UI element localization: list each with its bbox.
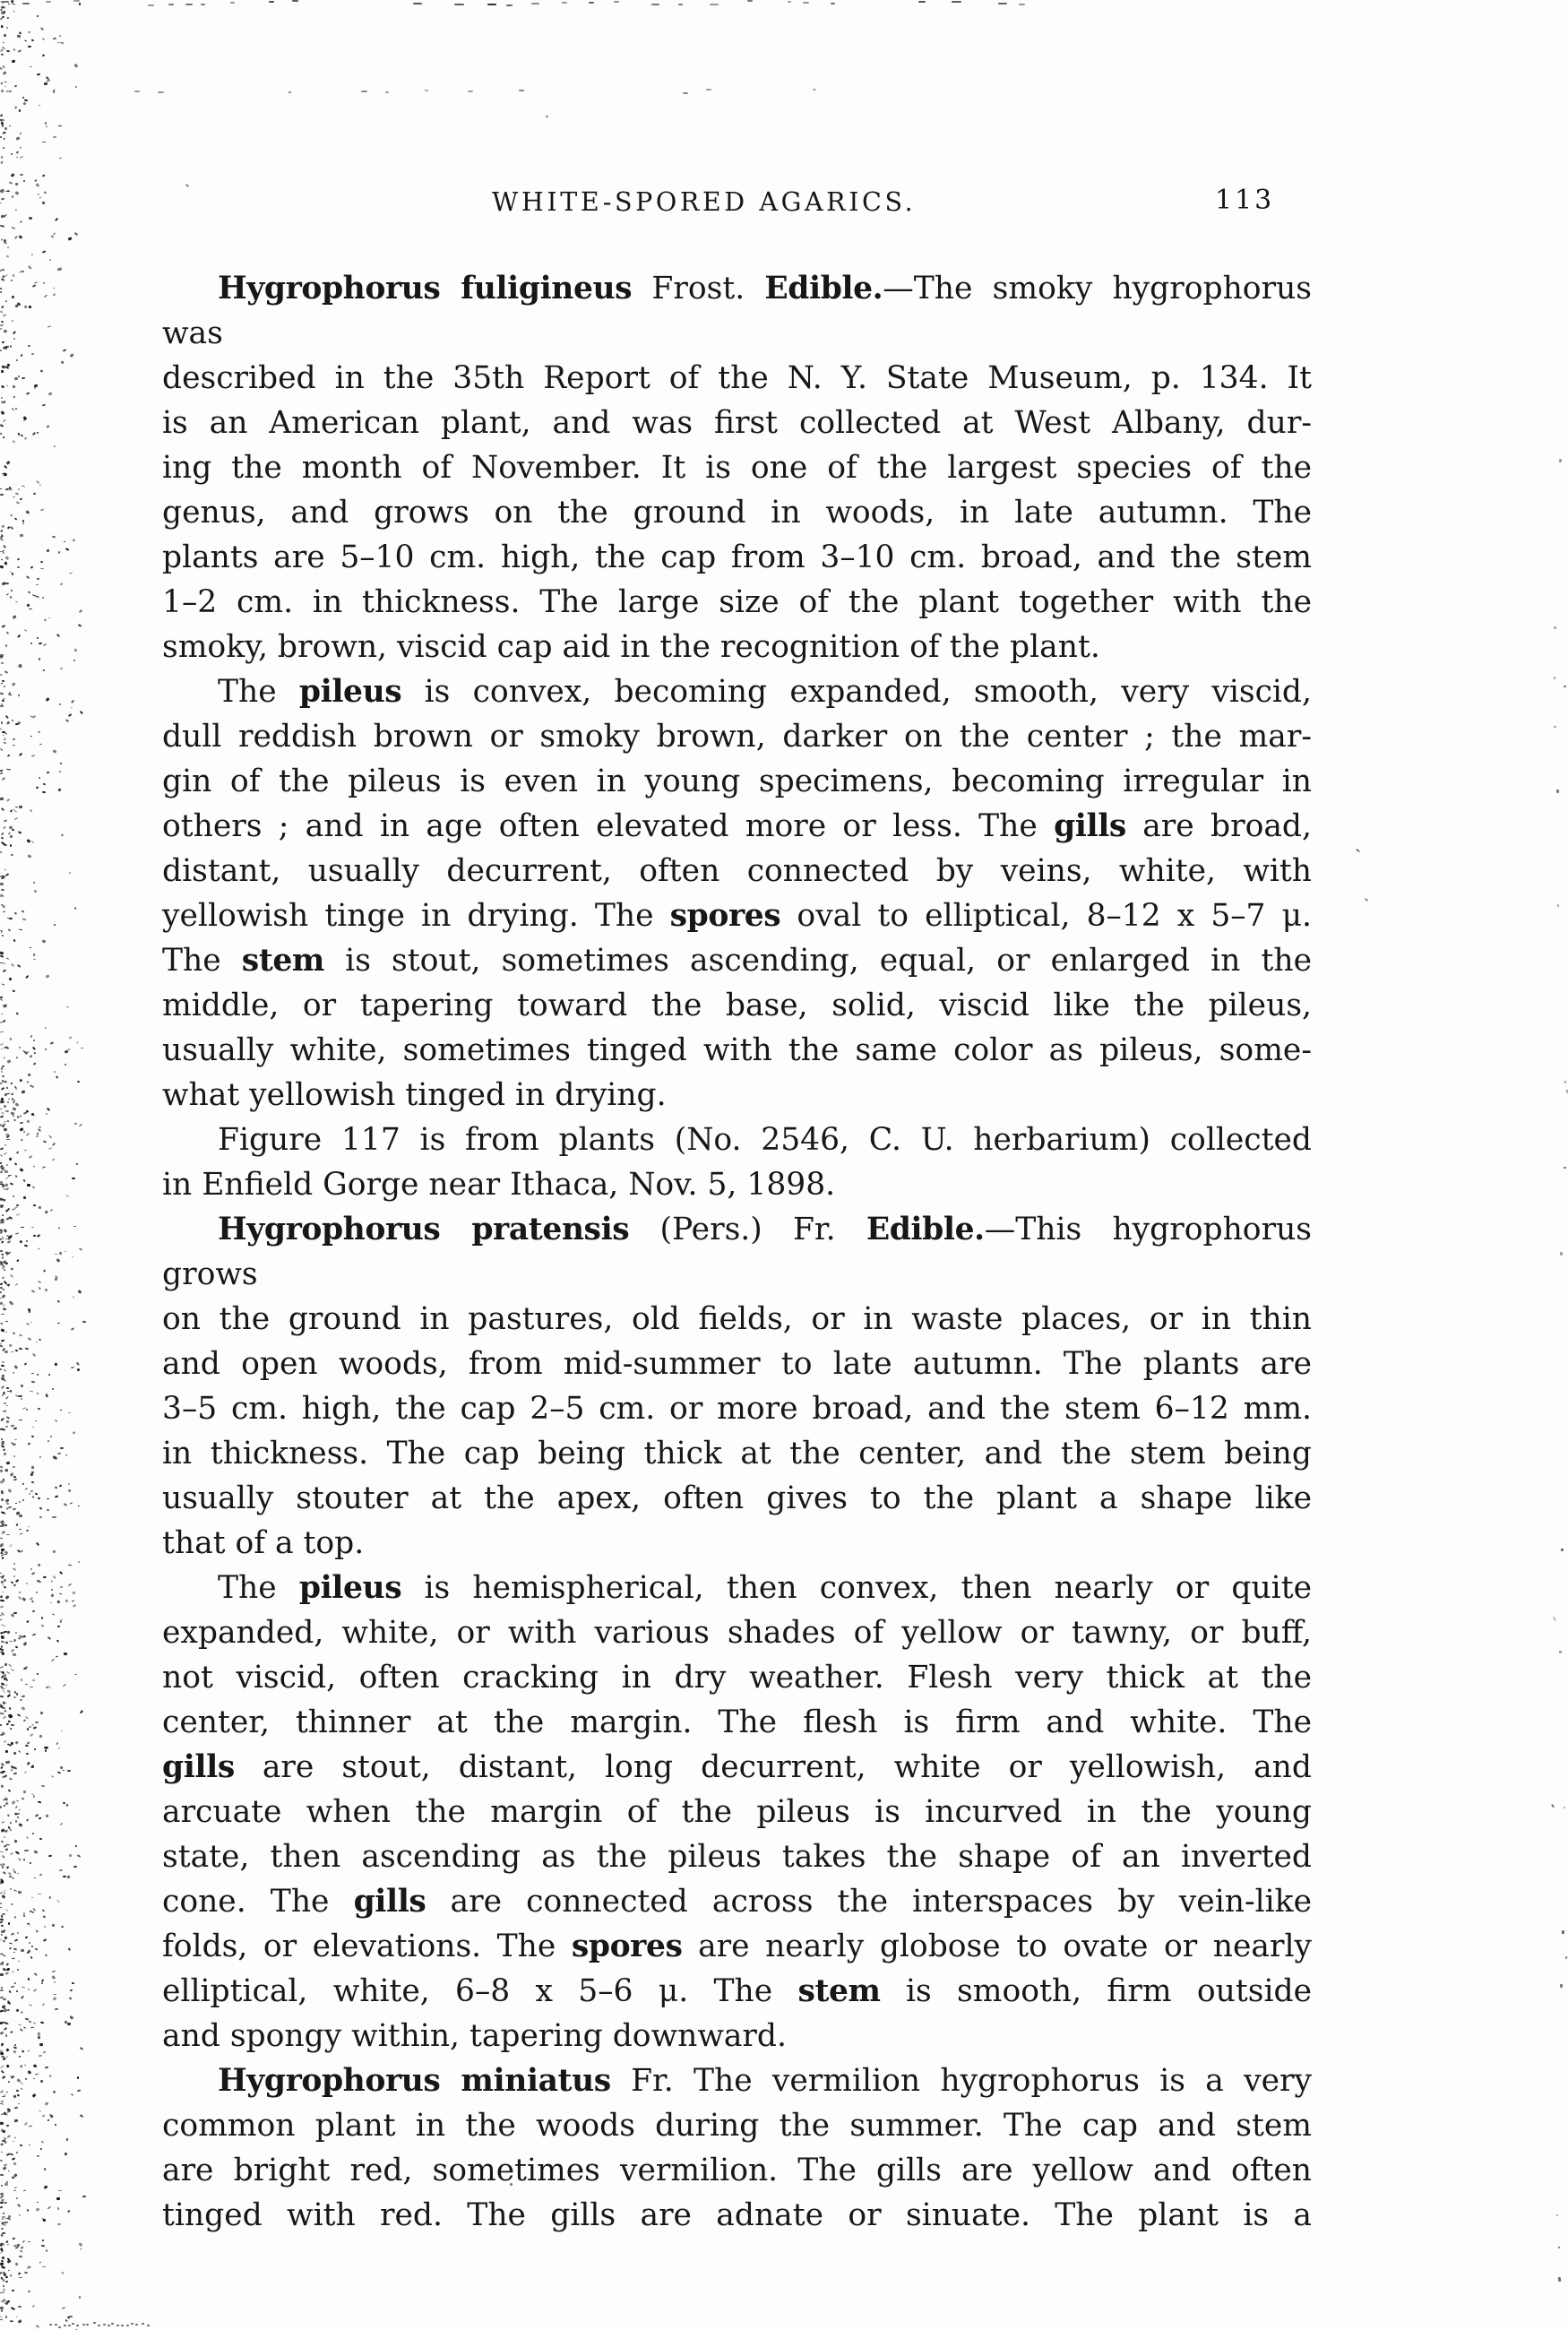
bold-term: stem [242, 943, 324, 979]
text-run: what yellowish tinged in drying. [162, 1077, 667, 1113]
text-run: distant, usually decurrent, often connec… [162, 853, 1312, 889]
text-run: (Pers.) Fr. [629, 1212, 866, 1247]
text-line: what yellowish tinged in drying. [162, 1073, 1312, 1118]
text-run: smoky, brown, viscid cap aid in the reco… [162, 629, 1100, 665]
text-run: is an American plant, and was first coll… [162, 405, 1312, 441]
text-run: The [218, 1570, 299, 1606]
paragraph: Hygrophorus pratensis (Pers.) Fr. Edible… [162, 1207, 1312, 1566]
text-run: is hemispherical, then convex, then near… [401, 1570, 1312, 1606]
text-run: The [162, 943, 242, 979]
text-run: is smooth, firm outside [881, 1973, 1312, 2009]
text-line: center, thinner at the margin. The flesh… [162, 1700, 1312, 1745]
text-run: is convex, becoming expanded, smooth, ve… [401, 674, 1312, 710]
text-run: Figure 117 is from plants (No. 2546, C. … [218, 1122, 1312, 1158]
text-run: is stout, sometimes ascending, equal, or… [324, 943, 1312, 979]
paragraph: The pileus is hemispherical, then convex… [162, 1566, 1312, 2058]
text-run: elliptical, white, 6–8 x 5–6 μ. The [162, 1973, 797, 2009]
text-line: tinged with red. The gills are adnate or… [162, 2193, 1312, 2238]
text-run: and spongy within, tapering downward. [162, 2018, 787, 2054]
text-line: 1–2 cm. in thickness. The large size of … [162, 580, 1312, 625]
text-run: oval to elliptical, 8–12 x 5–7 μ. [780, 898, 1312, 934]
text-run: are broad, [1126, 808, 1312, 844]
text-line: genus, and grows on the ground in woods,… [162, 490, 1312, 535]
bold-term: pileus [299, 674, 401, 710]
bold-term: pileus [299, 1570, 401, 1606]
text-run: in thickness. The cap being thick at the… [162, 1436, 1312, 1471]
text-run: and open woods, from mid-summer to late … [162, 1346, 1312, 1382]
text-run: middle, or tapering toward the base, sol… [162, 988, 1312, 1023]
bold-term: spores [670, 898, 781, 934]
text-run: on the ground in pastures, old fields, o… [162, 1301, 1312, 1337]
text-line: gin of the pileus is even in young speci… [162, 759, 1312, 804]
text-run: ing the month of November. It is one of … [162, 450, 1312, 486]
bold-term: stem [797, 1973, 880, 2009]
text-line: and spongy within, tapering downward. [162, 2014, 1312, 2058]
text-line: elliptical, white, 6–8 x 5–6 μ. The stem… [162, 1969, 1312, 2014]
text-run: genus, and grows on the ground in woods,… [162, 495, 1312, 531]
running-title: WHITE-SPORED AGARICS. [492, 187, 916, 217]
text-line: is an American plant, and was first coll… [162, 401, 1312, 445]
text-line: that of a top. [162, 1521, 1312, 1566]
text-run: are connected across the interspaces by … [426, 1884, 1312, 1920]
text-run: are stout, distant, long decurrent, whit… [235, 1749, 1312, 1785]
text-run: others ; and in age often elevated more … [162, 808, 1054, 844]
text-run: described in the 35th Report of the N. Y… [162, 360, 1312, 396]
text-line: cone. The gills are connected across the… [162, 1879, 1312, 1924]
paragraph: Hygrophorus miniatus Fr. The vermilion h… [162, 2058, 1312, 2238]
text-line: middle, or tapering toward the base, sol… [162, 983, 1312, 1028]
text-run: in Enfield Gorge near Ithaca, Nov. 5, 18… [162, 1167, 835, 1203]
page-number: 113 [1215, 185, 1274, 216]
text-line: others ; and in age often elevated more … [162, 804, 1312, 849]
text-run: gin of the pileus is even in young speci… [162, 764, 1312, 799]
text-run: center, thinner at the margin. The flesh… [162, 1704, 1312, 1740]
text-run: that of a top. [162, 1525, 364, 1561]
text-line: Hygrophorus pratensis (Pers.) Fr. Edible… [162, 1207, 1312, 1297]
text-run: expanded, white, or with various shades … [162, 1615, 1312, 1651]
text-line: folds, or elevations. The spores are nea… [162, 1924, 1312, 1969]
text-line: Hygrophorus miniatus Fr. The vermilion h… [162, 2058, 1312, 2103]
bold-term: Hygrophorus pratensis [218, 1212, 629, 1247]
text-run: tinged with red. The gills are adnate or… [162, 2197, 1312, 2233]
bold-term: spores [572, 1929, 683, 1964]
text-run: cone. The [162, 1884, 354, 1920]
text-line: distant, usually decurrent, often connec… [162, 849, 1312, 893]
paragraph: The pileus is convex, becoming expanded,… [162, 669, 1312, 1118]
text-line: described in the 35th Report of the N. Y… [162, 356, 1312, 401]
bold-term: Hygrophorus fuligineus [218, 271, 632, 306]
text-run: 3–5 cm. high, the cap 2–5 cm. or more br… [162, 1391, 1312, 1427]
text-line: expanded, white, or with various shades … [162, 1610, 1312, 1655]
text-run: yellowish tinge in drying. The [162, 898, 670, 934]
text-run: folds, or elevations. The [162, 1929, 572, 1964]
text-run: plants are 5–10 cm. high, the cap from 3… [162, 539, 1312, 575]
bold-term: Edible. [866, 1212, 985, 1247]
text-line: on the ground in pastures, old fields, o… [162, 1297, 1312, 1342]
text-line: state, then ascending as the pileus take… [162, 1834, 1312, 1879]
text-line: yellowish tinge in drying. The spores ov… [162, 893, 1312, 938]
text-run: usually stouter at the apex, often gives… [162, 1480, 1312, 1516]
text-line: ing the month of November. It is one of … [162, 445, 1312, 490]
body-text: Hygrophorus fuligineus Frost. Edible.—Th… [162, 266, 1312, 2238]
text-run: are bright red, sometimes vermilion. The… [162, 2153, 1312, 2188]
text-run: The [218, 674, 299, 710]
text-line: in thickness. The cap being thick at the… [162, 1431, 1312, 1476]
text-run: state, then ascending as the pileus take… [162, 1839, 1312, 1875]
text-line: usually white, sometimes tinged with the… [162, 1028, 1312, 1073]
text-line: The pileus is hemispherical, then convex… [162, 1566, 1312, 1610]
bold-term: gills [354, 1884, 426, 1920]
text-line: in Enfield Gorge near Ithaca, Nov. 5, 18… [162, 1162, 1312, 1207]
text-run: Frost. [632, 271, 764, 306]
text-line: Figure 117 is from plants (No. 2546, C. … [162, 1118, 1312, 1162]
text-line: dull reddish brown or smoky brown, darke… [162, 714, 1312, 759]
text-line: gills are stout, distant, long decurrent… [162, 1745, 1312, 1790]
bold-term: Edible. [764, 271, 883, 306]
bold-term: gills [1054, 808, 1126, 844]
text-run: arcuate when the margin of the pileus is… [162, 1794, 1312, 1830]
text-line: 3–5 cm. high, the cap 2–5 cm. or more br… [162, 1386, 1312, 1431]
text-line: plants are 5–10 cm. high, the cap from 3… [162, 535, 1312, 580]
text-line: not viscid, often cracking in dry weathe… [162, 1655, 1312, 1700]
text-run: are nearly globose to ovate or nearly [683, 1929, 1312, 1964]
text-line: The pileus is convex, becoming expanded,… [162, 669, 1312, 714]
text-line: smoky, brown, viscid cap aid in the reco… [162, 625, 1312, 669]
text-line: Hygrophorus fuligineus Frost. Edible.—Th… [162, 266, 1312, 356]
page: WHITE-SPORED AGARICS. 113 Hygrophorus fu… [0, 0, 1568, 2330]
text-line: common plant in the woods during the sum… [162, 2103, 1312, 2148]
paragraph: Hygrophorus fuligineus Frost. Edible.—Th… [162, 266, 1312, 669]
bold-term: gills [162, 1749, 235, 1785]
text-line: and open woods, from mid-summer to late … [162, 1342, 1312, 1386]
text-run: dull reddish brown or smoky brown, darke… [162, 719, 1312, 755]
text-line: The stem is stout, sometimes ascending, … [162, 938, 1312, 983]
paragraph: Figure 117 is from plants (No. 2546, C. … [162, 1118, 1312, 1207]
text-line: are bright red, sometimes vermilion. The… [162, 2148, 1312, 2193]
bold-term: Hygrophorus miniatus [218, 2063, 611, 2099]
text-run: usually white, sometimes tinged with the… [162, 1032, 1312, 1068]
text-run: 1–2 cm. in thickness. The large size of … [162, 584, 1312, 620]
text-line: usually stouter at the apex, often gives… [162, 1476, 1312, 1521]
text-line: arcuate when the margin of the pileus is… [162, 1790, 1312, 1834]
text-run: Fr. The vermilion hygrophorus is a very [611, 2063, 1312, 2099]
text-run: common plant in the woods during the sum… [162, 2108, 1312, 2144]
text-run: not viscid, often cracking in dry weathe… [162, 1660, 1312, 1696]
